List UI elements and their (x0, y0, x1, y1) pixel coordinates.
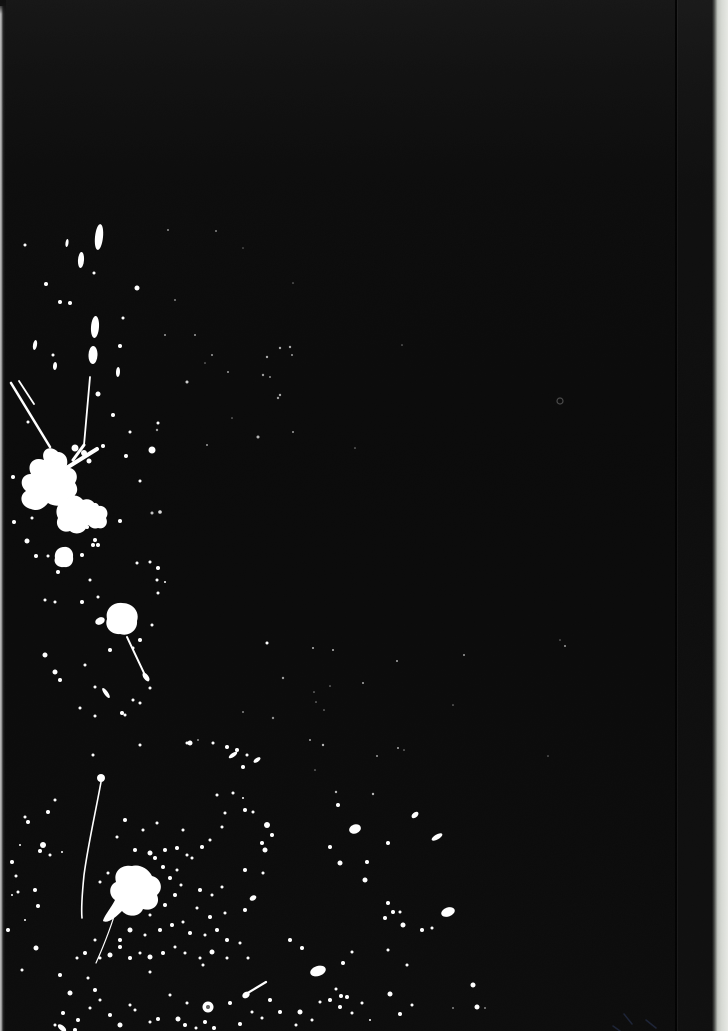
splatter-streak (127, 637, 144, 673)
splatter-dot (247, 957, 250, 960)
splatter-dot (225, 745, 229, 749)
splatter-speck (282, 677, 284, 679)
splatter-speck (174, 299, 176, 301)
splatter-dot (224, 912, 227, 915)
splatter-dot (26, 820, 30, 824)
splatter-dot (164, 581, 166, 583)
splatter-dot (124, 454, 128, 458)
splatter-dot (365, 860, 369, 864)
splatter-dot (351, 1012, 354, 1015)
splatter-speck (323, 709, 325, 711)
splatter-speck (564, 645, 566, 647)
splatter-dot (53, 670, 58, 675)
splatter-dot (118, 945, 122, 949)
splatter-dot (12, 520, 16, 524)
splatter-dot (411, 1004, 414, 1007)
splatter-dot (129, 1004, 132, 1007)
splatter-dot (94, 939, 97, 942)
splatter-speck (292, 431, 294, 433)
splatter-dot (263, 848, 268, 853)
splatter-dot (79, 707, 82, 710)
splatter-dot (361, 1002, 364, 1005)
splatter-speck (312, 647, 314, 649)
splatter-dot (198, 888, 202, 892)
splatter-dot (80, 553, 84, 557)
splatter-dot (149, 687, 152, 690)
splatter-speck (463, 654, 465, 656)
splatter-speck (257, 436, 260, 439)
splatter-dot (151, 624, 154, 627)
splatter-dot (118, 1023, 123, 1028)
splatter-dot (81, 450, 87, 456)
splatter-dot (387, 949, 390, 952)
splatter-speck (376, 755, 378, 757)
splatter-dot (40, 842, 46, 848)
splatter-dot (99, 999, 102, 1002)
splatter-blob (55, 547, 74, 567)
splatter-dot (134, 1009, 137, 1012)
splatter-dot (363, 878, 368, 883)
splatter-dot (251, 1011, 254, 1014)
splatter-dot (239, 942, 242, 945)
splatter-dot (99, 957, 102, 960)
splatter-speck (403, 749, 405, 751)
splatter-dot (204, 934, 207, 937)
splatter-speck (186, 381, 189, 384)
splatter-dot (34, 554, 38, 558)
splatter-dot (34, 946, 39, 951)
splatter-speck (289, 346, 291, 348)
splatter-dot (232, 792, 235, 795)
splatter-blob (103, 865, 161, 921)
splatter-dot (235, 748, 239, 752)
splatter-dot (475, 1005, 480, 1010)
splatter-dot (10, 860, 14, 864)
faint-blue-scratch (646, 1020, 656, 1028)
splatter-dot (153, 856, 157, 860)
splatter-dot (36, 904, 40, 908)
splatter-dot (120, 711, 124, 715)
splatter-dot (44, 282, 48, 286)
splatter-dot (169, 994, 172, 997)
splatter-dot (163, 848, 167, 852)
splatter-dot (243, 868, 247, 872)
splatter-speck (158, 510, 162, 514)
splatter-speck (272, 717, 274, 719)
splatter-dot (188, 931, 192, 935)
scanned-black-page (0, 0, 728, 1031)
splatter-dot (108, 648, 112, 652)
splatter-dot (278, 1010, 282, 1014)
page-left-edge-fade (0, 0, 6, 14)
splatter-dot (111, 413, 115, 417)
splatter-dot (129, 431, 132, 434)
splatter-dot (132, 699, 135, 702)
splatter-speck (242, 247, 244, 249)
splatter-dot (68, 991, 73, 996)
ink-splatter-layer (0, 0, 728, 1031)
splatter-dot (118, 519, 122, 523)
splatter-speck (329, 685, 331, 687)
splatter-dot (56, 570, 60, 574)
splatter-speck (397, 747, 399, 749)
splatter-dot (11, 894, 13, 896)
splatter-dot (61, 851, 63, 853)
faint-gray-ring (557, 398, 563, 404)
splatter-dot (97, 596, 100, 599)
splatter-dot (266, 642, 269, 645)
splatter-dot (399, 911, 402, 914)
splatter-dot (139, 702, 142, 705)
splatter-speck (227, 371, 229, 373)
splatter-dot (176, 1017, 181, 1022)
splatter-dot (47, 555, 50, 558)
splatter-dot (406, 964, 409, 967)
splatter-dot (420, 928, 424, 932)
splatter-dot (208, 915, 212, 919)
splatter-dot (93, 272, 96, 275)
splatter-dot (157, 422, 160, 425)
splatter-dot (108, 953, 113, 958)
splatter-dot (149, 914, 152, 917)
splatter-dot (238, 1022, 242, 1026)
splatter-speck (313, 691, 315, 693)
splatter-droplet (101, 687, 111, 699)
splatter-droplet (90, 316, 100, 339)
splatter-speck (204, 362, 206, 364)
splatter-dot (135, 286, 140, 291)
splatter-dot (298, 1010, 303, 1015)
splatter-dot (168, 876, 172, 880)
splatter-dot (118, 938, 122, 942)
splatter-dot (252, 811, 255, 814)
splatter-dot (209, 839, 212, 842)
splatter-speck (277, 397, 279, 399)
splatter-dot (49, 854, 52, 857)
splatter-droplet (440, 905, 456, 918)
splatter-dot (128, 928, 133, 933)
splatter-dot (398, 1012, 402, 1016)
splatter-dot (80, 600, 84, 604)
splatter-dot (170, 923, 174, 927)
splatter-droplet (249, 894, 258, 902)
splatter-speck (396, 660, 398, 662)
splatter-speck (401, 344, 403, 346)
splatter-dot (27, 421, 30, 424)
splatter-droplet (77, 252, 84, 268)
splatter-dot (156, 566, 160, 570)
splatter-dot (186, 742, 189, 745)
splatter-dot (174, 946, 177, 949)
splatter-dot (54, 1024, 57, 1027)
splatter-dot (87, 977, 90, 980)
page-right-edge (712, 0, 728, 1031)
faint-blue-scratch (624, 1014, 632, 1024)
splatter-dot (338, 1005, 342, 1009)
splatter-dot (24, 816, 27, 819)
splatter-dot (391, 910, 395, 914)
splatter-dot (228, 1001, 232, 1005)
splatter-dot (161, 865, 165, 869)
splatter-droplet (53, 362, 58, 370)
splatter-dot (328, 998, 332, 1002)
splatter-speck (292, 282, 294, 284)
splatter-dot (72, 445, 79, 452)
splatter-dot (148, 851, 153, 856)
splatter-speck (164, 334, 166, 336)
splatter-speck (322, 744, 324, 746)
splatter-dot (17, 891, 20, 894)
splatter-streak (11, 383, 50, 447)
splatter-dot (58, 973, 62, 977)
splatter-dot (215, 928, 219, 932)
splatter-droplet (94, 616, 106, 627)
splatter-dot (116, 836, 119, 839)
splatter-dot (157, 592, 160, 595)
splatter-dot (84, 664, 87, 667)
splatter-dot (369, 1019, 371, 1021)
splatter-speck (484, 1007, 486, 1009)
splatter-speck (156, 429, 158, 431)
page-left-edge (0, 6, 5, 1031)
splatter-speck (215, 230, 217, 232)
splatter-speck (167, 229, 169, 231)
splatter-dot (33, 888, 37, 892)
splatter-dot (43, 653, 48, 658)
splatter-dot (139, 744, 142, 747)
splatter-speck (362, 682, 364, 684)
splatter-dot (246, 754, 249, 757)
splatter-dot (351, 951, 354, 954)
splatter-droplet (253, 756, 262, 764)
splatter-dot (128, 956, 132, 960)
splatter-dot (186, 1002, 189, 1005)
splatter-dot (264, 822, 270, 828)
splatter-speck (314, 769, 316, 771)
splatter-dot (139, 952, 142, 955)
splatter-dot (221, 886, 224, 889)
splatter-dot (243, 808, 247, 812)
splatter-dot (58, 300, 62, 304)
splatter-dot (101, 444, 105, 448)
splatter-speck (547, 755, 549, 757)
splatter-dot (94, 686, 97, 689)
splatter-dot (89, 1007, 92, 1010)
splatter-dot (319, 1001, 322, 1004)
splatter-dot (85, 525, 89, 529)
splatter-speck (332, 649, 334, 651)
splatter-dot (311, 1019, 314, 1022)
splatter-speck (197, 739, 199, 741)
splatter-droplet (57, 1023, 68, 1031)
splatter-dot (156, 579, 159, 582)
splatter-dot (226, 957, 229, 960)
splatter-dot (93, 988, 97, 992)
splatter-dot (386, 841, 390, 845)
splatter-dot (122, 317, 125, 320)
splatter-dot (401, 923, 406, 928)
splatter-dot (68, 301, 72, 305)
splatter-dot (133, 848, 137, 852)
splatter-dot (91, 543, 95, 547)
splatter-droplet (410, 811, 419, 820)
splatter-droplet (116, 367, 121, 377)
splatter-dot (176, 869, 179, 872)
splatter-dot (471, 983, 476, 988)
splatter-dot (196, 907, 199, 910)
splatter-dot (61, 1011, 65, 1015)
splatter-dot (24, 244, 27, 247)
splatter-droplet (88, 346, 98, 364)
splatter-dot (338, 861, 343, 866)
splatter-speck (354, 447, 356, 449)
splatter-dot (76, 957, 79, 960)
splatter-dot (19, 844, 21, 846)
splatter-dot (270, 833, 274, 837)
splatter-dot (52, 354, 55, 357)
splatter-dot (195, 1027, 198, 1030)
splatter-dot (54, 601, 57, 604)
splatter-dot (149, 447, 156, 454)
splatter-dot (96, 392, 101, 397)
splatter-dot (212, 1026, 216, 1030)
splatter-speck (194, 334, 196, 336)
splatter-dot (99, 881, 102, 884)
splatter-dot (107, 872, 110, 875)
splatter-dot (200, 845, 204, 849)
splatter-speck (452, 1007, 454, 1009)
splatter-dot (132, 647, 135, 650)
splatter-dot (288, 938, 292, 942)
splatter-dot (24, 919, 26, 921)
splatter-dot (142, 829, 145, 832)
splatter-dot (46, 810, 50, 814)
splatter-dot (83, 951, 87, 955)
splatter-dot (386, 901, 390, 905)
splatter-droplet (309, 964, 327, 978)
splatter-speck (309, 739, 311, 741)
splatter-dot (156, 1017, 160, 1021)
splatter-dot (136, 562, 139, 565)
splatter-droplet (431, 832, 444, 842)
splatter-dot (108, 1013, 112, 1017)
splatter-dot (184, 952, 187, 955)
splatter-speck (279, 394, 281, 396)
splatter-speck (242, 711, 244, 713)
splatter-dot (383, 916, 387, 920)
splatter-dot (92, 754, 95, 757)
splatter-dot (158, 928, 162, 932)
splatter-streak (246, 982, 266, 994)
splatter-dot (225, 938, 229, 942)
splatter-dot (58, 678, 62, 682)
splatter-dot (94, 715, 97, 718)
splatter-dot (224, 812, 227, 815)
splatter-streak (84, 377, 90, 445)
splatter-dot (199, 957, 202, 960)
splatter-dot (261, 1017, 264, 1020)
splatter-trail (82, 782, 101, 918)
splatter-speck (231, 417, 233, 419)
splatter-dot (89, 579, 92, 582)
splatter-speck (335, 791, 337, 793)
splatter-dot (87, 459, 92, 464)
splatter-dot (96, 543, 100, 547)
splatter-dot (216, 794, 219, 797)
splatter-dot (186, 854, 189, 857)
splatter-dot (21, 969, 24, 972)
splatter-dot (345, 995, 349, 999)
splatter-dot (203, 1020, 207, 1024)
splatter-dot (156, 822, 159, 825)
faint-blue-scratch (613, 1026, 620, 1031)
splatter-dot (339, 994, 343, 998)
splatter-dot (191, 857, 194, 860)
splatter-dot (268, 998, 272, 1002)
splatter-speck (279, 347, 281, 349)
splatter-dot (336, 803, 340, 807)
splatter-dot (123, 818, 127, 822)
splatter-speck (211, 354, 213, 356)
splatter-dot (262, 872, 265, 875)
splatter-speck (266, 356, 268, 358)
splatter-speck (315, 701, 317, 703)
splatter-dot (241, 765, 245, 769)
splatter-dot (260, 841, 264, 845)
splatter-dot (328, 845, 332, 849)
splatter-dot (144, 934, 147, 937)
splatter-dot (388, 992, 393, 997)
splatter-dot (163, 903, 167, 907)
splatter-dot (242, 797, 244, 799)
splatter-dot (161, 951, 165, 955)
splatter-dot (243, 908, 247, 912)
splatter-speck (262, 374, 264, 376)
splatter-dot (38, 849, 42, 853)
splatter-dot (31, 517, 34, 520)
splatter-dot (175, 846, 179, 850)
splatter-dot (54, 799, 57, 802)
splatter-dot (212, 742, 215, 745)
splatter-dot (25, 539, 30, 544)
splatter-dot (149, 561, 152, 564)
splatter-speck (372, 793, 374, 795)
splatter-speck (269, 376, 271, 378)
splatter-dot (182, 921, 185, 924)
splatter-dot (202, 964, 205, 967)
splatter-dot (335, 988, 338, 991)
splatter-droplet (65, 239, 69, 247)
splatter-dot (138, 638, 142, 642)
splatter-speck (559, 639, 561, 641)
splatter-dot (300, 946, 304, 950)
splatter-dot (341, 961, 345, 965)
splatter-dot (183, 1023, 187, 1027)
splatter-dot (211, 894, 214, 897)
splatter-dot (76, 1018, 80, 1022)
splatter-speck (291, 354, 293, 356)
splatter-droplet (141, 671, 151, 682)
splatter-dot (15, 875, 18, 878)
splatter-speck (452, 704, 454, 706)
splatter-ring-inner (206, 1005, 210, 1009)
splatter-droplet (348, 823, 362, 836)
splatter-dot (44, 599, 47, 602)
splatter-dot (221, 826, 224, 829)
splatter-speck (206, 444, 208, 446)
splatter-dot (149, 1021, 152, 1024)
splatter-dot (93, 538, 97, 542)
